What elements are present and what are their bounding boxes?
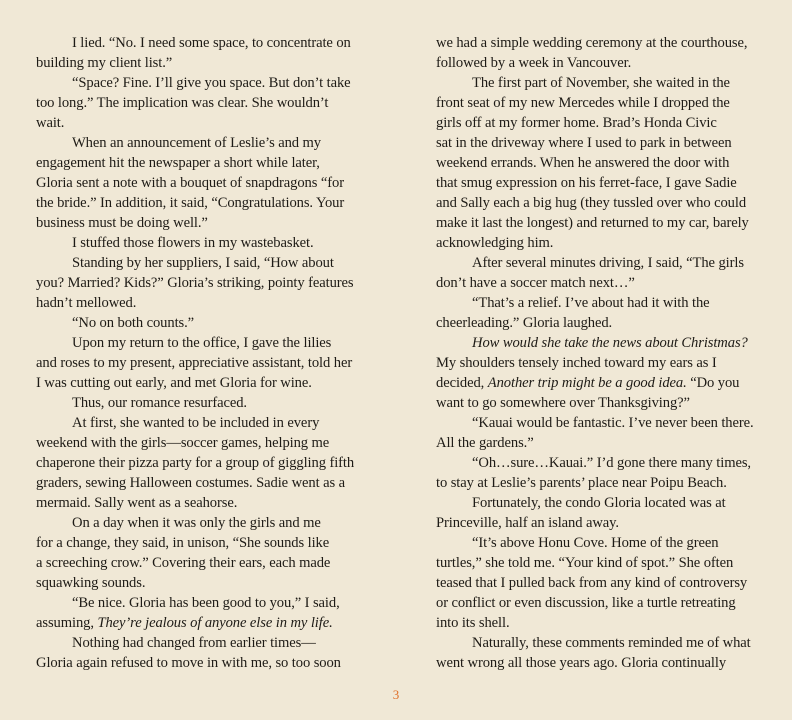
text-line-content: I stuffed those flowers in my wastebaske… [72, 235, 314, 251]
text-line: Princeville, half an island away. [436, 513, 766, 533]
text-line: All the gardens.” [436, 433, 766, 453]
text-line-content: to stay at Leslie’s parents’ place near … [436, 475, 727, 491]
text-line: On a day when it was only the girls and … [36, 513, 366, 533]
text-line-content: you? Married? Kids?” Gloria’s striking, … [36, 275, 354, 291]
text-line: Gloria sent a note with a bouquet of sna… [36, 173, 366, 193]
text-line-content: followed by a week in Vancouver. [436, 55, 631, 71]
text-line: went wrong all those years ago. Gloria c… [436, 653, 766, 673]
right-text-column: we had a simple wedding ceremony at the … [436, 33, 766, 673]
italic-thought: How would she take the news about Christ… [472, 335, 748, 351]
text-line-content: Gloria again refused to move in with me,… [36, 655, 341, 671]
text-line-content: engagement hit the newspaper a short whi… [36, 155, 320, 171]
text-line-content: “No on both counts.” [72, 315, 194, 331]
text-line: a screeching crow.” Covering their ears,… [36, 553, 366, 573]
text-line: acknowledging him. [436, 233, 766, 253]
text-line: followed by a week in Vancouver. [436, 53, 766, 73]
italic-thought: They’re jealous of anyone else in my lif… [97, 615, 332, 631]
text-line: assuming, They’re jealous of anyone else… [36, 613, 366, 633]
text-line-content: for a change, they said, in unison, “She… [36, 535, 329, 551]
text-line: After several minutes driving, I said, “… [436, 253, 766, 273]
text-line: The first part of November, she waited i… [436, 73, 766, 93]
text-line-content: Nothing had changed from earlier times— [72, 635, 316, 651]
text-line: My shoulders tensely inched toward my ea… [436, 353, 766, 373]
text-line: “Space? Fine. I’ll give you space. But d… [36, 73, 366, 93]
text-line-content: we had a simple wedding ceremony at the … [436, 35, 747, 51]
text-line: teased that I pulled back from any kind … [436, 573, 766, 593]
text-line: “Oh…sure…Kauai.” I’d gone there many tim… [436, 453, 766, 473]
text-line-content: graders, sewing Halloween costumes. Sadi… [36, 475, 345, 491]
text-line-content: the bride.” In addition, it said, “Congr… [36, 195, 344, 211]
text-line-content: into its shell. [436, 615, 510, 631]
text-line: squawking sounds. [36, 573, 366, 593]
text-line: and roses to my present, appreciative as… [36, 353, 366, 373]
text-line-content: a screeching crow.” Covering their ears,… [36, 555, 330, 571]
text-line: engagement hit the newspaper a short whi… [36, 153, 366, 173]
text-line-content: business must be doing well.” [36, 215, 208, 231]
text-line: to stay at Leslie’s parents’ place near … [436, 473, 766, 493]
text-line-content: that smug expression on his ferret-face,… [436, 175, 737, 191]
text-line-content: sat in the driveway where I used to park… [436, 135, 732, 151]
text-line-content: Naturally, these comments reminded me of… [472, 635, 751, 651]
text-line-content: After several minutes driving, I said, “… [472, 255, 744, 271]
text-line-content: teased that I pulled back from any kind … [436, 575, 747, 591]
page-number: 3 [0, 687, 792, 703]
text-line-content: Gloria sent a note with a bouquet of sna… [36, 175, 344, 191]
text-line: turtles,” she told me. “Your kind of spo… [436, 553, 766, 573]
text-line-content: building my client list.” [36, 55, 172, 71]
text-line: don’t have a soccer match next…” [436, 273, 766, 293]
text-line: cheerleading.” Gloria laughed. [436, 313, 766, 333]
left-text-column: I lied. “No. I need some space, to conce… [36, 33, 366, 673]
text-line: and Sally each a big hug (they tussled o… [436, 193, 766, 213]
text-line-content: “It’s above Honu Cove. Home of the green [472, 535, 718, 551]
text-line: Naturally, these comments reminded me of… [436, 633, 766, 653]
text-line-content: weekend errands. When he answered the do… [436, 155, 729, 171]
text-line: “No on both counts.” [36, 313, 366, 333]
text-line-content: “Space? Fine. I’ll give you space. But d… [72, 75, 351, 91]
text-line: Fortunately, the condo Gloria located wa… [436, 493, 766, 513]
text-line: business must be doing well.” [36, 213, 366, 233]
text-line: “That’s a relief. I’ve about had it with… [436, 293, 766, 313]
text-line-content: When an announcement of Leslie’s and my [72, 135, 321, 151]
text-line: we had a simple wedding ceremony at the … [436, 33, 766, 53]
text-line-content: Thus, our romance resurfaced. [72, 395, 247, 411]
text-line-content: decided, [436, 375, 488, 391]
text-line-content: The first part of November, she waited i… [472, 75, 730, 91]
text-line-content: weekend with the girls—soccer games, hel… [36, 435, 329, 451]
text-line-content: All the gardens.” [436, 435, 534, 451]
text-line-content: and roses to my present, appreciative as… [36, 355, 352, 371]
text-line-content: want to go somewhere over Thanksgiving?” [436, 395, 690, 411]
text-line: girls off at my former home. Brad’s Hond… [436, 113, 766, 133]
text-line-content: At first, she wanted to be included in e… [72, 415, 319, 431]
text-line: I lied. “No. I need some space, to conce… [36, 33, 366, 53]
text-line: into its shell. [436, 613, 766, 633]
text-line: mermaid. Sally went as a seahorse. [36, 493, 366, 513]
text-line-content: too long.” The implication was clear. Sh… [36, 95, 328, 111]
text-line: hadn’t mellowed. [36, 293, 366, 313]
text-line: How would she take the news about Christ… [436, 333, 766, 353]
text-line: too long.” The implication was clear. Sh… [36, 93, 366, 113]
text-line: make it last the longest) and returned t… [436, 213, 766, 233]
text-line-content: front seat of my new Mercedes while I dr… [436, 95, 730, 111]
text-line-content: hadn’t mellowed. [36, 295, 136, 311]
text-line-content: wait. [36, 115, 64, 131]
text-line: the bride.” In addition, it said, “Congr… [36, 193, 366, 213]
text-line-content: “Be nice. Gloria has been good to you,” … [72, 595, 340, 611]
text-line: that smug expression on his ferret-face,… [436, 173, 766, 193]
text-line: want to go somewhere over Thanksgiving?” [436, 393, 766, 413]
text-line: Thus, our romance resurfaced. [36, 393, 366, 413]
text-line-content: My shoulders tensely inched toward my ea… [436, 355, 717, 371]
text-line: When an announcement of Leslie’s and my [36, 133, 366, 153]
text-line-content: girls off at my former home. Brad’s Hond… [436, 115, 717, 131]
text-line: you? Married? Kids?” Gloria’s striking, … [36, 273, 366, 293]
text-line: graders, sewing Halloween costumes. Sadi… [36, 473, 366, 493]
text-line-content: “That’s a relief. I’ve about had it with… [472, 295, 710, 311]
text-line-content: cheerleading.” Gloria laughed. [436, 315, 612, 331]
text-line-content: and Sally each a big hug (they tussled o… [436, 195, 746, 211]
text-line-content: Upon my return to the office, I gave the… [72, 335, 331, 351]
text-line-content: went wrong all those years ago. Gloria c… [436, 655, 726, 671]
text-line-content: I lied. “No. I need some space, to conce… [72, 35, 351, 51]
text-line-content: “Kauai would be fantastic. I’ve never be… [472, 415, 754, 431]
text-line: for a change, they said, in unison, “She… [36, 533, 366, 553]
text-line: wait. [36, 113, 366, 133]
text-line-content: I was cutting out early, and met Gloria … [36, 375, 312, 391]
text-line-content: Standing by her suppliers, I said, “How … [72, 255, 334, 271]
text-line: weekend errands. When he answered the do… [436, 153, 766, 173]
text-line-content: On a day when it was only the girls and … [72, 515, 321, 531]
text-line: weekend with the girls—soccer games, hel… [36, 433, 366, 453]
text-line: sat in the driveway where I used to park… [436, 133, 766, 153]
text-line-content: chaperone their pizza party for a group … [36, 455, 354, 471]
text-line: “It’s above Honu Cove. Home of the green [436, 533, 766, 553]
text-line: At first, she wanted to be included in e… [36, 413, 366, 433]
text-line-content: “Oh…sure…Kauai.” I’d gone there many tim… [472, 455, 751, 471]
text-line: building my client list.” [36, 53, 366, 73]
text-line: front seat of my new Mercedes while I dr… [436, 93, 766, 113]
text-line-content: Princeville, half an island away. [436, 515, 619, 531]
text-line: Gloria again refused to move in with me,… [36, 653, 366, 673]
text-line-content: acknowledging him. [436, 235, 553, 251]
text-line: decided, Another trip might be a good id… [436, 373, 766, 393]
text-line-content: make it last the longest) and returned t… [436, 215, 749, 231]
text-line: Standing by her suppliers, I said, “How … [36, 253, 366, 273]
text-line-content: squawking sounds. [36, 575, 145, 591]
italic-thought: Another trip might be a good idea. [488, 375, 687, 391]
text-line: Nothing had changed from earlier times— [36, 633, 366, 653]
text-line: I was cutting out early, and met Gloria … [36, 373, 366, 393]
text-line: Upon my return to the office, I gave the… [36, 333, 366, 353]
text-line: “Kauai would be fantastic. I’ve never be… [436, 413, 766, 433]
text-line: I stuffed those flowers in my wastebaske… [36, 233, 366, 253]
text-line: or conflict or even discussion, like a t… [436, 593, 766, 613]
text-line: “Be nice. Gloria has been good to you,” … [36, 593, 366, 613]
text-line: chaperone their pizza party for a group … [36, 453, 366, 473]
text-line-tail: “Do you [687, 375, 740, 391]
text-line-content: turtles,” she told me. “Your kind of spo… [436, 555, 733, 571]
text-line-content: assuming, [36, 615, 97, 631]
text-line-content: mermaid. Sally went as a seahorse. [36, 495, 237, 511]
text-line-content: don’t have a soccer match next…” [436, 275, 635, 291]
text-line-content: Fortunately, the condo Gloria located wa… [472, 495, 726, 511]
text-line-content: or conflict or even discussion, like a t… [436, 595, 736, 611]
